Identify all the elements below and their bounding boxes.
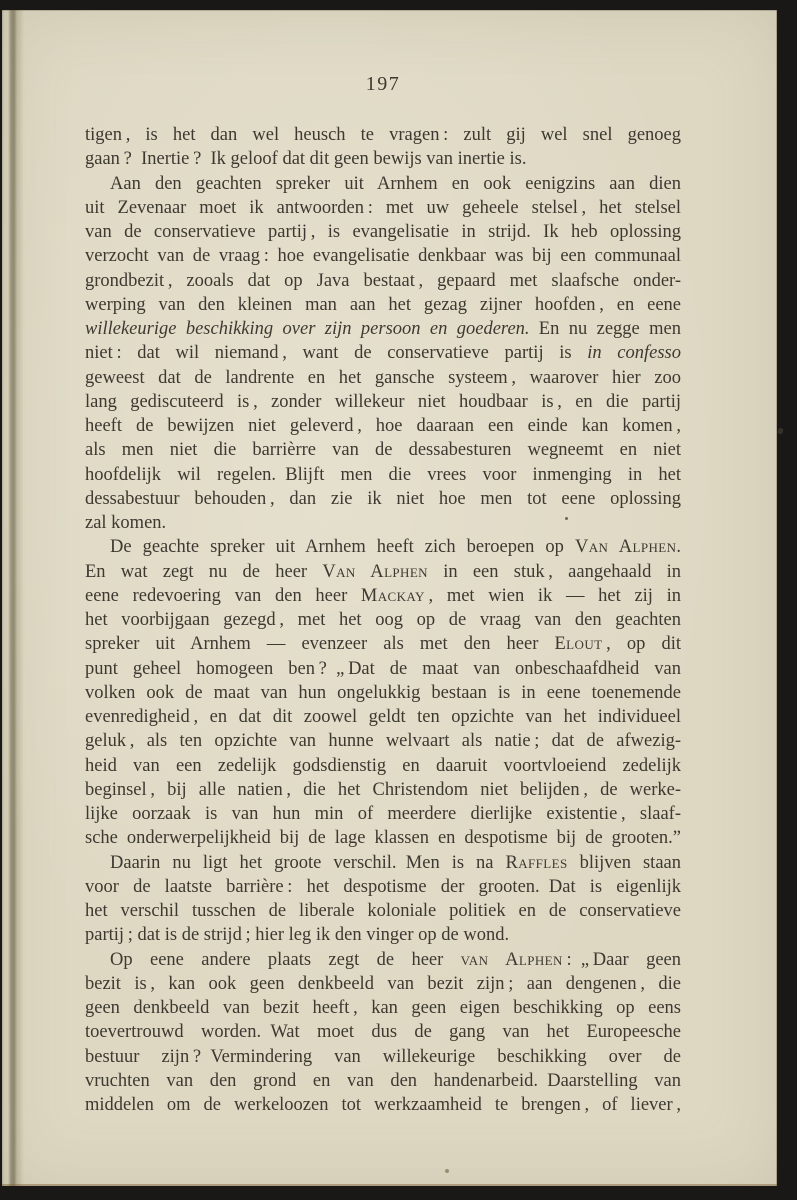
body-text: volken ook de maat van hun ongelukkig be…	[85, 683, 681, 703]
text-line: volken ook de maat van hun ongelukkig be…	[85, 681, 681, 705]
text-line: sche onderwerpelijkheid bij de lage klas…	[85, 826, 681, 850]
smallcaps-name: Mackay	[361, 586, 425, 606]
body-text: middelen om de werkeloozen tot werkzaamh…	[85, 1095, 681, 1115]
body-text: De geachte spreker uit Arnhem heeft zich…	[110, 537, 575, 557]
body-text: dessabestuur behouden , dan zie ik niet …	[85, 489, 681, 509]
body-text: Aan den geachten spreker uit Arnhem en o…	[110, 174, 681, 194]
body-text: spreker uit Arnhem — evenzeer als met de…	[85, 634, 554, 654]
text-line: De geachte spreker uit Arnhem heeft zich…	[85, 535, 681, 559]
paragraph: tigen , is het dan wel heusch te vragen …	[85, 123, 681, 172]
body-text: hoofdelijk wil regelen. Blijft men die v…	[85, 465, 681, 485]
text-line: lijke oorzaak is van hun min of meerdere…	[85, 802, 681, 826]
italic-text: willekeurige beschikking over zijn perso…	[85, 319, 530, 339]
body-text: sche onderwerpelijkheid bij de lage klas…	[85, 828, 681, 848]
body-text: evenredigheid , en dat dit zoowel geldt …	[85, 707, 681, 727]
text-line: hoofdelijk wil regelen. Blijft men die v…	[85, 463, 681, 487]
smallcaps-name: Van Alphen	[575, 537, 676, 557]
body-text: bestuur zijn ? Vermindering van willekeu…	[85, 1047, 681, 1067]
text-line: het voorbijgaan gezegd , met het oog op …	[85, 608, 681, 632]
italic-text: in confesso	[587, 343, 681, 363]
text-line: voor de laatste barrière : het despotism…	[85, 875, 681, 899]
smallcaps-name: Raffles	[506, 853, 568, 873]
body-text: : „ Daar geen	[563, 950, 681, 970]
text-line: En wat zegt nu de heer Van Alphen in een…	[85, 560, 681, 584]
paragraph: Daarin nu ligt het groote verschil. Men …	[85, 851, 681, 948]
body-text: werping van den kleinen man aan het geza…	[85, 295, 681, 315]
body-text: verzocht van de vraag : hoe evangelisati…	[85, 246, 681, 266]
text-line: als men niet die barrièrre van de dessab…	[85, 438, 681, 462]
smallcaps-name: van Alphen	[461, 950, 563, 970]
body-text: geen denkbeeld van bezit heeft , kan gee…	[85, 998, 681, 1018]
text-line: evenredigheid , en dat dit zoowel geldt …	[85, 705, 681, 729]
body-text: blijven staan	[568, 853, 681, 873]
body-text: , met wien ik — het zij in	[425, 586, 681, 606]
body-text: toevertrouwd worden. Wat moet dus de gan…	[85, 1022, 681, 1042]
scanned-book-page: 197 tigen , is het dan wel heusch te vra…	[0, 0, 797, 1200]
body-text: eene redevoering van den heer	[85, 586, 361, 606]
text-line: grondbezit , zooals dat op Java bestaat …	[85, 269, 681, 293]
book-page: 197 tigen , is het dan wel heusch te vra…	[2, 10, 777, 1186]
text-line: Op eene andere plaats zegt de heer van A…	[85, 948, 681, 972]
body-text: het verschil tusschen de liberale koloni…	[85, 901, 681, 921]
text-line: uit Zevenaar moet ik antwoorden : met uw…	[85, 196, 681, 220]
ink-speck-bottom	[445, 1169, 449, 1173]
smallcaps-name: Elout	[554, 634, 602, 654]
text-line: van de conservatieve partij , is evangel…	[85, 220, 681, 244]
text-line: niet : dat wil niemand , want de conserv…	[85, 341, 681, 365]
body-text: grondbezit , zooals dat op Java bestaat …	[85, 271, 681, 291]
text-line: dessabestuur behouden , dan zie ik niet …	[85, 487, 681, 511]
text-line: beginsel , bij alle natien , die het Chr…	[85, 778, 681, 802]
body-text: het voorbijgaan gezegd , met het oog op …	[85, 610, 681, 630]
text-line: punt geheel homogeen ben ? „ Dat de maat…	[85, 657, 681, 681]
body-text: in een stuk , aangehaald in	[428, 562, 681, 582]
body-text: bezit is , kan ook geen denkbeeld van be…	[85, 974, 681, 994]
body-text: Daarin nu ligt het groote verschil. Men …	[110, 853, 506, 873]
body-text: Op eene andere plaats zegt de heer	[110, 950, 461, 970]
text-line: geluk , als ten opzichte van hunne welva…	[85, 729, 681, 753]
smallcaps-name: Van Alphen	[322, 562, 428, 582]
paragraph: Op eene andere plaats zegt de heer van A…	[85, 948, 681, 1118]
body-text: .	[676, 537, 681, 557]
body-text: lijke oorzaak is van hun min of meerdere…	[85, 804, 681, 824]
text-line: tigen , is het dan wel heusch te vragen …	[85, 123, 681, 147]
body-text: uit Zevenaar moet ik antwoorden : met uw…	[85, 198, 681, 218]
body-text: geluk , als ten opzichte van hunne welva…	[85, 731, 681, 751]
body-text: lang gediscuteerd is , zonder willekeur …	[85, 392, 681, 412]
text-line: bestuur zijn ? Vermindering van willekeu…	[85, 1045, 681, 1069]
text-line: heid van een zedelijk godsdienstig en da…	[85, 754, 681, 778]
text-line: geen denkbeeld van bezit heeft , kan gee…	[85, 996, 681, 1020]
body-text: vruchten van den grond en van den handen…	[85, 1071, 681, 1091]
body-text: heeft de bewijzen niet geleverd , hoe da…	[85, 416, 681, 436]
body-text: , op dit	[602, 634, 681, 654]
paragraph: Aan den geachten spreker uit Arnhem en o…	[85, 172, 681, 536]
body-text: voor de laatste barrière : het despotism…	[85, 877, 681, 897]
text-line: middelen om de werkeloozen tot werkzaamh…	[85, 1093, 681, 1117]
body-text: beginsel , bij alle natien , die het Chr…	[85, 780, 681, 800]
text-line: verzocht van de vraag : hoe evangelisati…	[85, 244, 681, 268]
body-text: En wat zegt nu de heer	[85, 562, 322, 582]
body-text: heid van een zedelijk godsdienstig en da…	[85, 756, 681, 776]
text-line: Aan den geachten spreker uit Arnhem en o…	[85, 172, 681, 196]
ink-speck-middle	[565, 517, 568, 520]
page-number: 197	[85, 73, 681, 96]
text-line: partij ; dat is de strijd ; hier leg ik …	[85, 923, 681, 947]
text-line: spreker uit Arnhem — evenzeer als met de…	[85, 632, 681, 656]
text-line: geweest dat de landrente en het gansche …	[85, 366, 681, 390]
body-text: En nu zegge men	[530, 319, 681, 339]
text-line: Daarin nu ligt het groote verschil. Men …	[85, 851, 681, 875]
paragraph: De geachte spreker uit Arnhem heeft zich…	[85, 535, 681, 850]
text-line: vruchten van den grond en van den handen…	[85, 1069, 681, 1093]
text-line: werping van den kleinen man aan het geza…	[85, 293, 681, 317]
text-line: lang gediscuteerd is , zonder willekeur …	[85, 390, 681, 414]
body-text: tigen , is het dan wel heusch te vragen …	[85, 125, 681, 145]
text-line: willekeurige beschikking over zijn perso…	[85, 317, 681, 341]
body-text: punt geheel homogeen ben ? „ Dat de maat…	[85, 659, 681, 679]
body-text: gaan ? Inertie ? Ik geloof dat dit geen …	[85, 149, 526, 169]
body-text: als men niet die barrièrre van de dessab…	[85, 440, 681, 460]
text-line: toevertrouwd worden. Wat moet dus de gan…	[85, 1020, 681, 1044]
body-text: geweest dat de landrente en het gansche …	[85, 368, 681, 388]
text-line: heeft de bewijzen niet geleverd , hoe da…	[85, 414, 681, 438]
body-text: zal komen.	[85, 513, 166, 533]
text-block: tigen , is het dan wel heusch te vragen …	[85, 123, 681, 1117]
text-line: het verschil tusschen de liberale koloni…	[85, 899, 681, 923]
body-text: van de conservatieve partij , is evangel…	[85, 222, 681, 242]
body-text: partij ; dat is de strijd ; hier leg ik …	[85, 925, 509, 945]
body-text: niet : dat wil niemand , want de conserv…	[85, 343, 587, 363]
text-line: zal komen.	[85, 511, 681, 535]
text-line: gaan ? Inertie ? Ik geloof dat dit geen …	[85, 147, 681, 171]
ink-speck-right	[777, 427, 784, 434]
text-line: bezit is , kan ook geen denkbeeld van be…	[85, 972, 681, 996]
text-line: eene redevoering van den heer Mackay , m…	[85, 584, 681, 608]
